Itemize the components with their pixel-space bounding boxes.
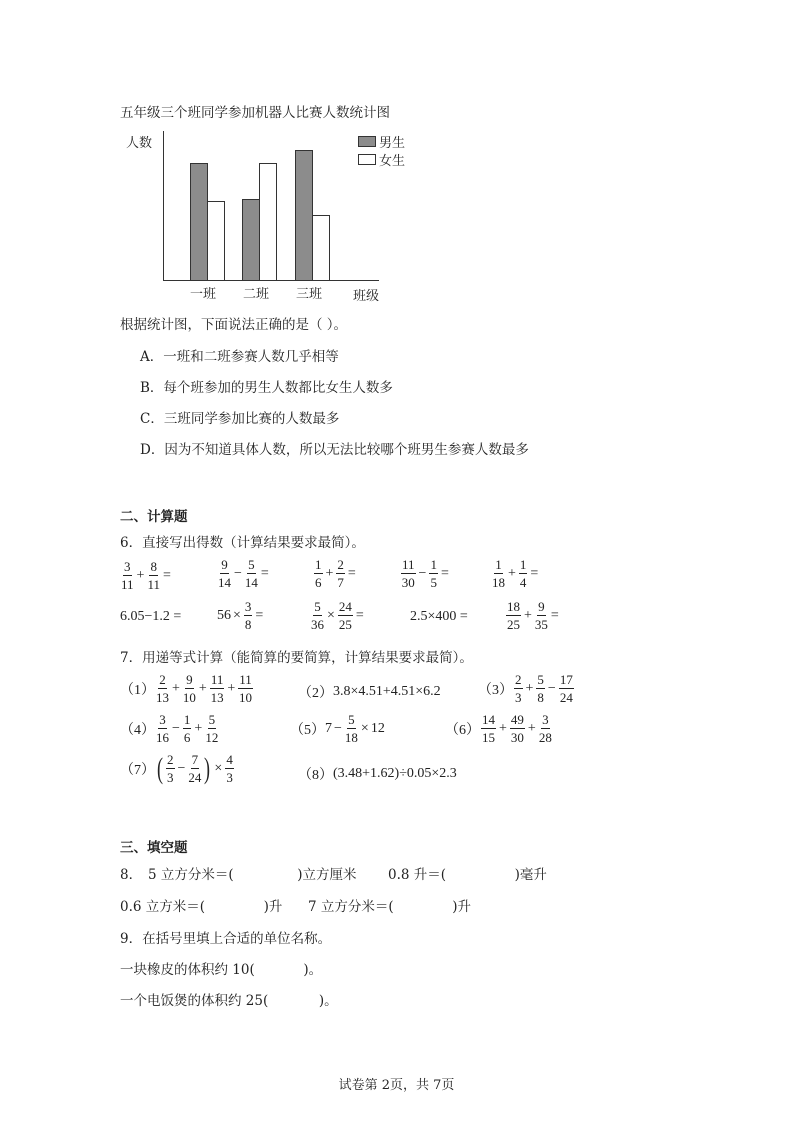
q7-item-3: （3） 23+58−1724	[478, 673, 575, 704]
option-b-text: 每个班参加的男生人数都比女生人数多	[163, 380, 393, 396]
section-heading-fill-blank: 三、填空题	[120, 836, 188, 856]
q6-expr-10: 1825+935=	[505, 600, 561, 631]
option-c-text: 三班同学参加比赛的人数最多	[164, 411, 340, 427]
bar-class1-boys	[190, 163, 208, 281]
bar-class2-boys	[242, 199, 260, 281]
x-tick-class3: 三班	[296, 283, 322, 302]
q6-expr-4: 1130−15=	[400, 558, 451, 589]
q7-item-2-expr: 3.8×4.51+4.51×6.2	[333, 684, 441, 700]
q9-prompt: 9．在括号里填上合适的单位名称。	[120, 927, 331, 947]
chart-title: 五年级三个班同学参加机器人比赛人数统计图	[120, 101, 390, 121]
option-d-label: D．	[140, 442, 164, 458]
bar-class3-girls	[312, 215, 330, 281]
q8-part4: 7 立方分米＝( )升	[308, 895, 471, 915]
legend-swatch-girls	[358, 154, 376, 165]
bar-class2-girls	[259, 163, 277, 281]
q7-item-8-label: （8）	[298, 764, 333, 784]
x-axis-label: 班级	[353, 285, 379, 304]
x-tick-class2: 二班	[243, 283, 269, 302]
q7-prompt: 7．用递等式计算（能简算的要简算，计算结果要求最简）。	[120, 646, 473, 666]
q6-expr-7: 56×38=	[217, 600, 265, 631]
q7-item-8-expr: (3.48+1.62)÷0.05×2.3	[333, 766, 457, 782]
q8-part3: 0.6 立方米＝( )升	[120, 895, 282, 915]
option-b-label: B．	[140, 380, 163, 396]
q7-item-1: （1） 213+910+1113+1110	[120, 673, 254, 704]
q7-item-8: （8）(3.48+1.62)÷0.05×2.3	[298, 764, 457, 784]
q8-part2-unit: )毫升	[515, 867, 547, 883]
option-c[interactable]: C．三班同学参加比赛的人数最多	[140, 407, 339, 427]
q7-item-4: （4） 316−16+512	[120, 713, 219, 744]
q7-item-7: （7） (23−724)×43	[120, 753, 235, 784]
q7-item-6: （6） 1415+4930+328	[445, 713, 553, 744]
q8-part1-unit: )立方厘米	[297, 867, 356, 883]
q8-part1: 5 立方分米＝( )立方厘米	[148, 863, 357, 883]
x-tick-class1: 一班	[190, 283, 216, 302]
q6-expr-8: 536×2425=	[310, 600, 366, 631]
q6-expr-1: 311+811=	[120, 560, 173, 591]
q9-line2-end: )。	[319, 993, 338, 1009]
q6-expr-9: 2.5×400 =	[410, 609, 468, 625]
option-b[interactable]: B．每个班参加的男生人数都比女生人数多	[140, 376, 393, 396]
q8-part3-unit: )升	[264, 899, 283, 915]
q7-item-2-label: （2）	[298, 682, 333, 702]
q6-expr-2: 914−514=	[217, 558, 271, 589]
option-a[interactable]: A．一班和二班参赛人数几乎相等	[140, 345, 339, 365]
q8-part4-text: 7 立方分米＝(	[308, 899, 394, 915]
q7-item-3-label: （3）	[478, 679, 513, 699]
q9-line2: 一个电饭煲的体积约 25( )。	[120, 989, 338, 1009]
page-footer: 试卷第 2页，共 7页	[0, 1074, 793, 1093]
q7-item-4-label: （4）	[120, 719, 155, 739]
legend-boys: 男生	[358, 132, 405, 151]
q6-expr-6: 6.05−1.2 =	[120, 609, 181, 625]
y-axis-label: 人数	[126, 132, 152, 151]
q9-line1-end: )。	[303, 962, 322, 978]
legend-swatch-boys	[358, 136, 376, 147]
q8-number: 8．	[120, 863, 142, 883]
bar-chart: 人数 一班 二班 三班 班级 男生 女生	[120, 126, 410, 301]
legend-label-girls: 女生	[379, 150, 405, 169]
bar-class1-girls	[207, 201, 225, 281]
option-a-label: A．	[140, 349, 163, 365]
q7-item-5: （5） 7−518×12	[290, 713, 385, 744]
q9-line1: 一块橡皮的体积约 10( )。	[120, 958, 322, 978]
q7-item-2: （2）3.8×4.51+4.51×6.2	[298, 682, 441, 702]
q8-part3-text: 0.6 立方米＝(	[120, 899, 205, 915]
q6-prompt: 6．直接写出得数（计算结果要求最简）。	[120, 531, 365, 551]
q7-item-1-label: （1）	[120, 679, 155, 699]
q7-item-6-label: （6）	[445, 719, 480, 739]
q7-item-5-label: （5）	[290, 719, 325, 739]
q6-expr-3: 16+27=	[313, 558, 358, 589]
option-d-text: 因为不知道具体人数，所以无法比较哪个班男生参赛人数最多	[164, 442, 529, 458]
legend-label-boys: 男生	[379, 132, 405, 151]
q7-item-7-label: （7）	[120, 759, 155, 779]
section-heading-calculation: 二、计算题	[120, 505, 188, 525]
y-axis	[163, 131, 164, 281]
option-d[interactable]: D．因为不知道具体人数，所以无法比较哪个班男生参赛人数最多	[140, 438, 529, 458]
option-a-text: 一班和二班参赛人数几乎相等	[163, 349, 339, 365]
bar-class3-boys	[295, 150, 313, 281]
chart-question-prompt: 根据统计图，下面说法正确的是（ ）。	[120, 313, 347, 333]
q6-expr-5: 118+14=	[491, 558, 540, 589]
q9-line2-text: 一个电饭煲的体积约 25(	[120, 993, 268, 1009]
legend-girls: 女生	[358, 150, 405, 169]
q8-part2: 0.8 升＝( )毫升	[388, 863, 547, 883]
q8-part2-text: 0.8 升＝(	[388, 867, 446, 883]
q8-part1-text: 5 立方分米＝(	[148, 867, 234, 883]
option-c-label: C．	[140, 411, 164, 427]
q8-part4-unit: )升	[452, 899, 471, 915]
q9-line1-text: 一块橡皮的体积约 10(	[120, 962, 255, 978]
